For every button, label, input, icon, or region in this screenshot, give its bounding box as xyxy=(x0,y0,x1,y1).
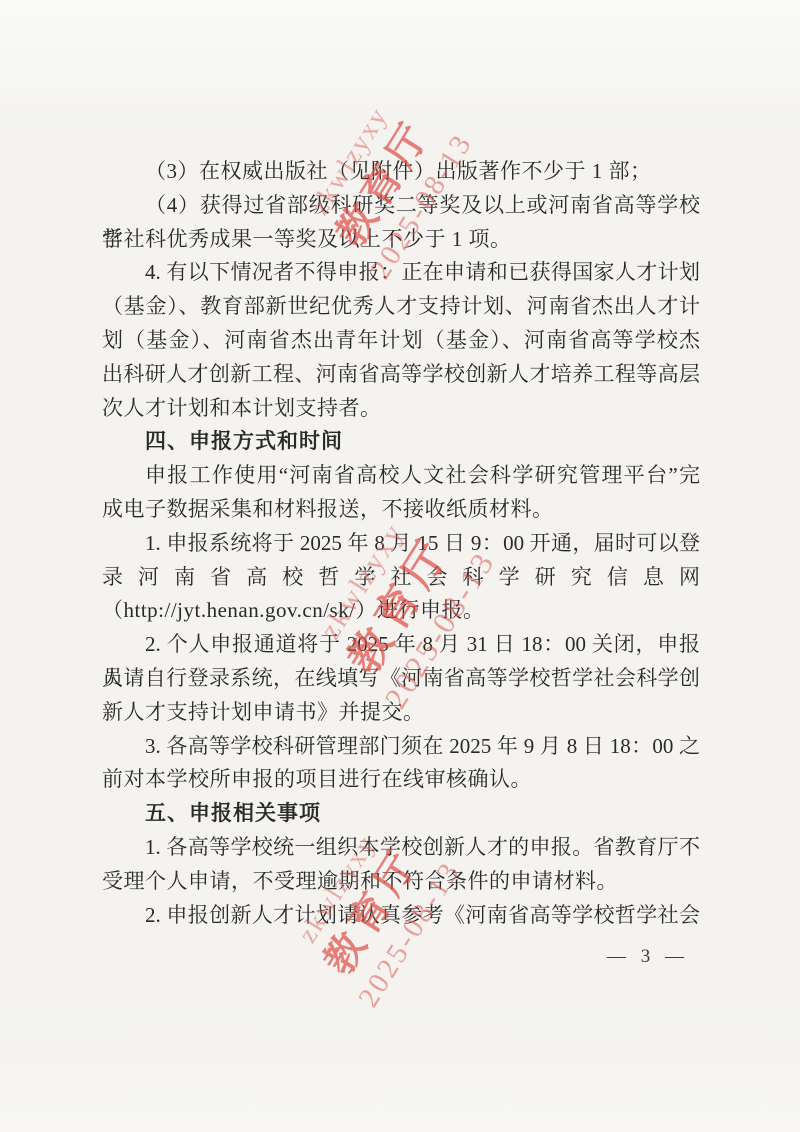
page-number: — 3 — xyxy=(588,946,708,968)
text-line: 2. 个人申报通道将于 2025 年 8 月 31 日 18：00 关闭，申报人 xyxy=(102,628,700,662)
text-line: 出科研人才创新工程、河南省高等学校创新人才培养工程等高层 xyxy=(102,358,700,392)
section-heading: 四、申报方式和时间 xyxy=(102,425,700,459)
document-body: （3）在权威出版社（见附件）出版著作不少于 1 部；（4）获得过省部级科研奖二等… xyxy=(102,155,700,932)
text-line: 次人才计划和本计划支持者。 xyxy=(102,392,700,426)
text-line: （基金）、教育部新世纪优秀人才支持计划、河南省杰出人才计 xyxy=(102,290,700,324)
text-line: 成电子数据采集和材料报送，不接收纸质材料。 xyxy=(102,493,700,527)
text-line: 新人才支持计划申请书》并提交。 xyxy=(102,696,700,730)
text-line: 3. 各高等学校科研管理部门须在 2025 年 9 月 8 日 18：00 之 xyxy=(102,730,700,764)
text-line: （3）在权威出版社（见附件）出版著作不少于 1 部； xyxy=(102,155,700,189)
text-line: 1. 各高等学校统一组织本学校创新人才的申报。省教育厅不 xyxy=(102,831,700,865)
text-line: 前对本学校所申报的项目进行在线审核确认。 xyxy=(102,763,700,797)
text-line: 2. 申报创新人才计划请认真参考《河南省高等学校哲学社会 xyxy=(102,899,700,933)
section-heading: 五、申报相关事项 xyxy=(102,797,700,831)
text-line: 受理个人申请，不受理逾期和不符合条件的申请材料。 xyxy=(102,865,700,899)
text-line: 学社科优秀成果一等奖及以上不少于 1 项。 xyxy=(102,223,700,257)
text-line: （http://jyt.henan.gov.cn/sk/）进行申报。 xyxy=(102,594,700,628)
text-line: 录河南省高校哲学社会科学研究信息网 xyxy=(102,561,700,595)
text-line: 4. 有以下情况者不得申报：正在申请和已获得国家人才计划 xyxy=(102,256,700,290)
document-page: （3）在权威出版社（见附件）出版著作不少于 1 部；（4）获得过省部级科研奖二等… xyxy=(0,0,800,1132)
text-line: 申报工作使用“河南省高校人文社会科学研究管理平台”完 xyxy=(102,459,700,493)
text-line: 1. 申报系统将于 2025 年 8 月 15 日 9：00 开通，届时可以登 xyxy=(102,527,700,561)
text-line: 员请自行登录系统，在线填写《河南省高等学校哲学社会科学创 xyxy=(102,662,700,696)
text-line: 划（基金）、河南省杰出青年计划（基金）、河南省高等学校杰 xyxy=(102,324,700,358)
text-line: （4）获得过省部级科研奖二等奖及以上或河南省高等学校哲 xyxy=(102,189,700,223)
